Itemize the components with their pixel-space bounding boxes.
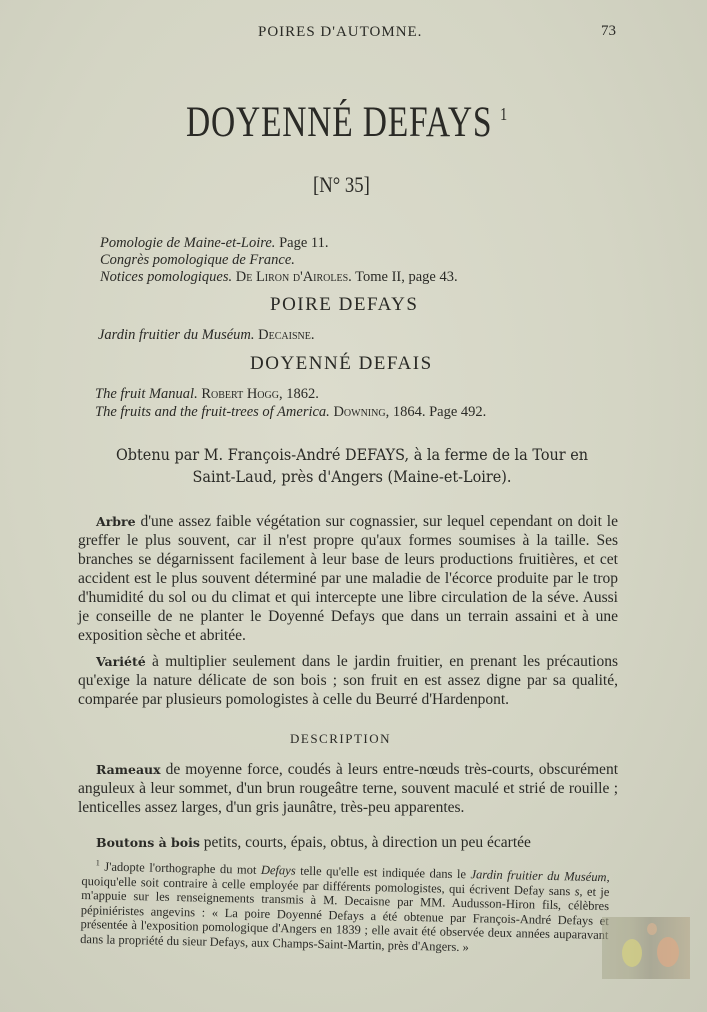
page-number: 73 <box>601 23 616 40</box>
reference-author: Downing, <box>330 404 389 420</box>
paragraph-text: à multiplier seulement dans le jardin fr… <box>78 653 618 708</box>
pear-photo-thumbnail-icon <box>602 917 690 979</box>
book-page: POIRES D'AUTOMNE. 73 DOYENNÉ DEFAYS1 [N°… <box>0 0 707 1012</box>
reference-author: Decaisne. <box>255 327 315 343</box>
footnote-marker: 1 <box>500 104 508 124</box>
footnote-italic: Defays <box>261 863 296 878</box>
reference-author: Robert Hogg, <box>198 386 283 402</box>
paragraph-text: d'une assez faible végétation sur cognas… <box>78 513 618 644</box>
paragraph-variete: Variété à multiplier seulement dans le j… <box>78 652 618 709</box>
reference: The fruit Manual. Robert Hogg, 1862. <box>95 385 319 403</box>
variety-number: [N° 35] <box>313 172 370 198</box>
running-head: POIRES D'AUTOMNE. <box>258 24 422 41</box>
paragraph-text: petits, courts, épais, obtus, à directio… <box>200 834 531 851</box>
reference-title: The fruit Manual. <box>95 386 198 402</box>
reference: Notices pomologiques. De Liron d'Airoles… <box>100 268 458 286</box>
reference-title: Pomologie de Maine-et-Loire. <box>100 235 275 251</box>
reference-author: De Liron d'Airoles. <box>232 269 352 285</box>
footnote: 1 J'adopte l'orthographe du mot Defays t… <box>80 856 610 957</box>
paragraph-lead: Arbre <box>96 514 136 529</box>
origin-line-1: Obtenu par M. François-André DEFAYS, à l… <box>80 444 624 466</box>
reference-title: Notices pomologiques. <box>100 269 232 285</box>
synonym-heading: POIRE DEFAYS <box>270 294 418 316</box>
reference: Congrès pomologique de France. <box>100 251 295 269</box>
paragraph-lead: Rameaux <box>96 762 161 777</box>
paragraph-rameaux: Rameaux de moyenne force, coudés à leurs… <box>78 760 618 817</box>
paragraph-boutons: Boutons à bois petits, courts, épais, ob… <box>78 833 618 852</box>
reference: Pomologie de Maine-et-Loire. Page 11. <box>100 234 328 252</box>
origin-statement: Obtenu par M. François-André DEFAYS, à l… <box>80 444 624 488</box>
reference-title: Jardin fruitier du Muséum. <box>98 327 255 343</box>
page-title: DOYENNÉ DEFAYS1 <box>186 98 508 147</box>
reference: The fruits and the fruit-trees of Americ… <box>95 403 486 421</box>
paragraph-arbre: Arbre d'une assez faible végétation sur … <box>78 512 618 645</box>
paragraph-lead: Variété <box>96 654 146 669</box>
paragraph-lead: Boutons à bois <box>96 835 200 850</box>
synonym-heading: DOYENNÉ DEFAIS <box>250 353 433 375</box>
reference-detail: Page 11. <box>275 235 328 251</box>
origin-line-2: Saint-Laud, près d'Angers (Maine-et-Loir… <box>80 466 624 488</box>
section-heading-description: DESCRIPTION <box>290 731 391 747</box>
reference: Jardin fruitier du Muséum. Decaisne. <box>98 326 315 344</box>
reference-detail: Tome II, page 43. <box>352 269 458 285</box>
title-text: DOYENNÉ DEFAYS <box>186 99 492 146</box>
reference-detail: 1862. <box>283 386 319 402</box>
reference-title: The fruits and the fruit-trees of Americ… <box>95 404 330 420</box>
reference-title: Congrès pomologique de France. <box>100 252 295 268</box>
reference-detail: 1864. Page 492. <box>389 404 486 420</box>
